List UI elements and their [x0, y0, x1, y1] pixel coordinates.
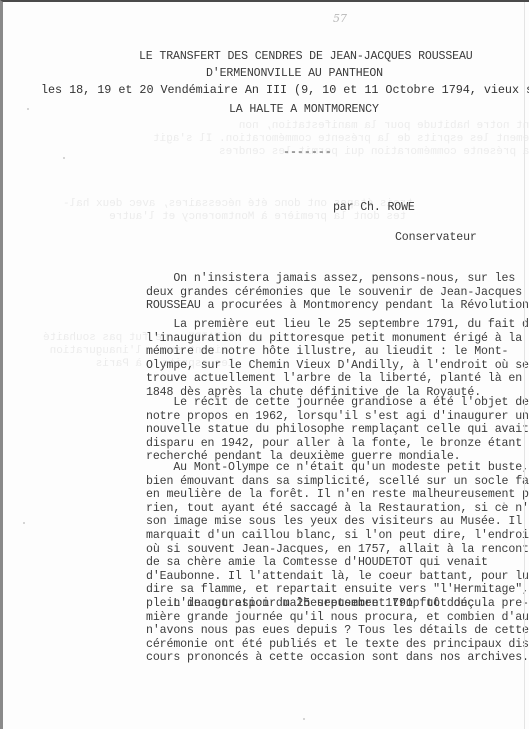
paragraph-line: son image mise sous les yeux des visiteu… [146, 515, 516, 529]
paragraph-line: d'Eaubonne. Il l'attendait là, le coeur … [146, 570, 516, 584]
paragraph-line: cérémonie ont été publiés et le texte de… [146, 638, 516, 652]
paragraph-line: notre propos en 1962, lorsqu'il s'est ag… [146, 410, 516, 424]
paragraph-4: Au Mont-Olympe ce n'était qu'un modeste … [146, 461, 516, 611]
paragraph-line: La première eut lieu le 25 septembre 179… [146, 318, 516, 332]
paragraph-line: Le récit de cette journée grandiose a ét… [146, 396, 516, 410]
scan-speck [503, 502, 505, 504]
author-byline: par Ch. ROWE [333, 201, 415, 214]
paragraph-1: On n'insistera jamais assez, pensons-nou… [146, 272, 516, 313]
paragraph-line: mière grande journée qu'il nous procura,… [146, 611, 516, 625]
paragraph-line: bien émouvant dans sa simplicité, scellé… [146, 475, 516, 489]
paragraph-line: n'avons nous pas eues depuis ? Tous les … [146, 624, 516, 638]
paragraph-line: ROUSSEAU a procurées à Montmorency penda… [146, 299, 516, 313]
paragraph-line: mémoire de notre hôte illustre, au lieud… [146, 345, 516, 359]
paragraph-line: Olympe, sur le Chemin Vieux D'Andilly, à… [146, 359, 516, 373]
paragraph-line: On n'insistera jamais assez, pensons-nou… [146, 272, 516, 286]
scan-speck [271, 657, 273, 659]
title-line-1: LE TRANSFERT DES CENDRES DE JEAN-JACQUES… [139, 50, 473, 63]
paragraph-line: marquait d'un caillou blanc, si l'on peu… [146, 529, 516, 543]
paragraph-3: Le récit de cette journée grandiose a ét… [146, 396, 516, 464]
paragraph-line: en meulière de la forêt. Il n'en reste m… [146, 488, 516, 502]
title-dates-line: les 18, 19 et 20 Vendémiaire An III (9, … [41, 84, 529, 97]
paragraph-line: nouvelle statue du philosophe remplaçant… [146, 423, 516, 437]
author-role: Conservateur [395, 231, 477, 244]
scan-speck [303, 718, 305, 720]
scan-speck [23, 522, 25, 524]
paragraph-line: L'inauguration du 25 septembre 1791 fut … [146, 597, 516, 611]
paragraph-line: de sa chère amie la Comtesse d'HOUDETOT … [146, 556, 516, 570]
paragraph-line: deux grandes cérémonies que le souvenir … [146, 286, 516, 300]
subtitle: LA HALTE A MONTMORENCY [229, 103, 379, 116]
handwritten-page-mark: 57 [333, 12, 347, 25]
paragraph-5: L'inauguration du 25 septembre 1791 fut … [146, 597, 516, 665]
scanned-document-page: suivant notre habitude pour la manifesta… [0, 0, 529, 729]
scan-speck [27, 108, 29, 110]
paragraph-2: La première eut lieu le 25 septembre 179… [146, 318, 516, 400]
paragraph-line: l'inauguration du pittoresque petit monu… [146, 332, 516, 346]
separator-dashes: ------- [283, 146, 332, 159]
scan-speck [63, 157, 65, 159]
bleed-through-text: suivant notre habitude pour la manifesta… [153, 120, 529, 159]
paragraph-line: dire sa flamme, et repartait ensuite ver… [146, 583, 516, 597]
paragraph-line: rien, tout ayant été saccagé à la Restau… [146, 502, 516, 516]
paragraph-line: trouve actuellement l'arbre de la libert… [146, 372, 516, 386]
title-line-2: D'ERMENONVILLE AU PANTHEON [206, 67, 383, 80]
paragraph-line: cours prononcés à cette occasion sont da… [146, 651, 516, 665]
paragraph-line: Au Mont-Olympe ce n'était qu'un modeste … [146, 461, 516, 475]
paragraph-line: disparu en 1942, pour aller à la fonte, … [146, 437, 516, 451]
paragraph-line: où si souvent Jean-Jacques, en 1757, all… [146, 543, 516, 557]
